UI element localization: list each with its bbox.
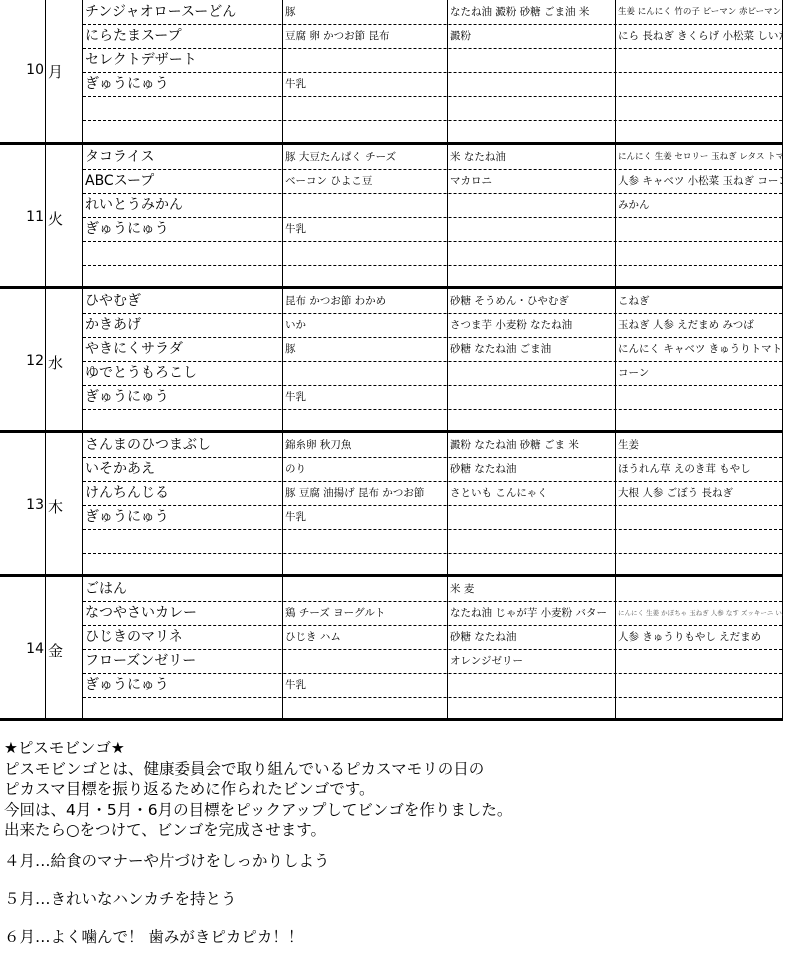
yellow-group-ingredients <box>450 73 615 96</box>
dish-name: けんちんじる <box>85 482 281 505</box>
dish-name <box>85 242 281 265</box>
green-group-ingredients: にんにく 生姜 かぼちゃ 玉ねぎ 人参 なす ズッキーニ いんげん <box>618 602 783 625</box>
red-group-ingredients: のり <box>285 458 447 481</box>
column-divider <box>45 0 46 142</box>
day-block: 10月チンジャオロースーどん豚なたね油 澱粉 砂糖 ごま油 米生姜 にんにく 竹… <box>0 0 783 145</box>
green-group-ingredients: ほうれん草 えのき茸 もやし <box>618 458 783 481</box>
red-group-ingredients <box>285 242 447 265</box>
menu-row: フローズンゼリーオレンジゼリー <box>83 650 782 674</box>
date-number: 11 <box>0 209 44 225</box>
yellow-group-ingredients <box>450 554 615 577</box>
dish-name: いそかあえ <box>85 458 281 481</box>
green-group-ingredients: 生姜 にんにく 竹の子 ピーマン 赤ピーマン <box>618 1 783 24</box>
green-group-ingredients <box>618 698 783 721</box>
dish-name: やきにくサラダ <box>85 338 281 361</box>
yellow-group-ingredients <box>450 242 615 265</box>
menu-row <box>83 97 782 121</box>
yellow-group-ingredients: マカロニ <box>450 170 615 193</box>
dish-name: ぎゅうにゅう <box>85 674 281 697</box>
green-group-ingredients <box>618 97 783 120</box>
dish-name: ぎゅうにゅう <box>85 73 281 96</box>
date-number: 12 <box>0 353 44 369</box>
menu-row: ABCスープベーコン ひよこ豆マカロニ人参 キャベツ 小松菜 玉ねぎ コーン <box>83 170 782 194</box>
red-group-ingredients <box>285 578 447 601</box>
menu-row <box>83 121 782 145</box>
red-group-ingredients <box>285 49 447 72</box>
red-group-ingredients: 昆布 かつお節 わかめ <box>285 290 447 313</box>
notes-line: ピカスマ目標を振り返るために作られたビンゴです。 <box>4 779 512 800</box>
dish-name: れいとうみかん <box>85 194 281 217</box>
dish-name <box>85 554 281 577</box>
menu-row: やきにくサラダ豚砂糖 なたね油 ごま油にんにく キャベツ きゅうりトマト <box>83 338 782 362</box>
yellow-group-ingredients: 澱粉 なたね油 砂糖 ごま 米 <box>450 434 615 457</box>
green-group-ingredients <box>618 554 783 577</box>
date-number: 10 <box>0 62 44 78</box>
menu-row: ひじきのマリネひじき ハム砂糖 なたね油人参 きゅうりもやし えだまめ <box>83 626 782 650</box>
dish-name <box>85 698 281 721</box>
menu-row: なつやさいカレー鶏 チーズ ヨーグルトなたね油 じゃが芋 小麦粉 バターにんにく… <box>83 602 782 626</box>
yellow-group-ingredients <box>450 410 615 433</box>
red-group-ingredients: 牛乳 <box>285 218 447 241</box>
yellow-group-ingredients: オレンジゼリー <box>450 650 615 673</box>
dish-name: にらたまスープ <box>85 25 281 48</box>
yellow-group-ingredients: 砂糖 なたね油 <box>450 626 615 649</box>
bingo-title: ★ピスモビンゴ★ <box>4 738 512 759</box>
menu-row: ごはん米 麦 <box>83 578 782 602</box>
red-group-ingredients: 豚 大豆たんぱく チーズ <box>285 146 447 169</box>
dish-name: さんまのひつまぶし <box>85 434 281 457</box>
red-group-ingredients: ひじき ハム <box>285 626 447 649</box>
green-group-ingredients <box>618 121 783 144</box>
red-group-ingredients <box>285 554 447 577</box>
dish-name: ひじきのマリネ <box>85 626 281 649</box>
yellow-group-ingredients: 砂糖 そうめん・ひやむぎ <box>450 290 615 313</box>
menu-row: ぎゅうにゅう牛乳 <box>83 386 782 410</box>
menu-row: ぎゅうにゅう牛乳 <box>83 674 782 698</box>
green-group-ingredients: 玉ねぎ 人参 えだまめ みつば <box>618 314 783 337</box>
yellow-group-ingredients: 米 なたね油 <box>450 146 615 169</box>
column-divider <box>45 145 46 286</box>
red-group-ingredients: 牛乳 <box>285 386 447 409</box>
dish-name: なつやさいカレー <box>85 602 281 625</box>
menu-row: チンジャオロースーどん豚なたね油 澱粉 砂糖 ごま油 米生姜 にんにく 竹の子 … <box>83 1 782 25</box>
yellow-group-ingredients <box>450 698 615 721</box>
red-group-ingredients <box>285 410 447 433</box>
yellow-group-ingredients <box>450 506 615 529</box>
dish-name <box>85 121 281 144</box>
yellow-group-ingredients <box>450 386 615 409</box>
red-group-ingredients <box>285 97 447 120</box>
menu-row: かきあげいかさつま芋 小麦粉 なたね油玉ねぎ 人参 えだまめ みつば <box>83 314 782 338</box>
yellow-group-ingredients <box>450 530 615 553</box>
notes-line: 今回は、4月・5月・6月の目標をピックアップしてビンゴを作りました。 <box>4 800 512 821</box>
yellow-group-ingredients: なたね油 澱粉 砂糖 ごま油 米 <box>450 1 615 24</box>
menu-row: れいとうみかんみかん <box>83 194 782 218</box>
yellow-group-ingredients <box>450 218 615 241</box>
red-group-ingredients: 豆腐 卵 かつお節 昆布 <box>285 25 447 48</box>
yellow-group-ingredients <box>450 362 615 385</box>
red-group-ingredients: いか <box>285 314 447 337</box>
yellow-group-ingredients <box>450 266 615 289</box>
monthly-goals: ４月…給食のマナーや片づけをしっかりしよう ５月…きれいなハンカチを持とう ６月… <box>4 851 330 965</box>
yellow-group-ingredients: 米 麦 <box>450 578 615 601</box>
bingo-notes: ★ピスモビンゴ★ ピスモビンゴとは、健康委員会で取り組んでいるピカスマモリの日の… <box>4 738 512 841</box>
day-block: 11火タコライス豚 大豆たんぱく チーズ米 なたね油にんにく 生姜 セロリー 玉… <box>0 145 783 289</box>
yellow-group-ingredients: 砂糖 なたね油 <box>450 458 615 481</box>
green-group-ingredients <box>618 218 783 241</box>
menu-row <box>83 242 782 266</box>
dish-name: ひやむぎ <box>85 290 281 313</box>
red-group-ingredients: 牛乳 <box>285 674 447 697</box>
green-group-ingredients: にら 長ねぎ きくらげ 小松菜 しいたけ <box>618 25 783 48</box>
red-group-ingredients: 錦糸卵 秋刀魚 <box>285 434 447 457</box>
dish-name: フローズンゼリー <box>85 650 281 673</box>
dish-name: ごはん <box>85 578 281 601</box>
dish-name: タコライス <box>85 146 281 169</box>
notes-line: 出来たら○をつけて、ビンゴを完成させます。 <box>4 820 512 841</box>
menu-row: にらたまスープ豆腐 卵 かつお節 昆布澱粉にら 長ねぎ きくらげ 小松菜 しいた… <box>83 25 782 49</box>
goal-april: ４月…給食のマナーや片づけをしっかりしよう <box>4 851 330 871</box>
day-block: 14金ごはん米 麦なつやさいカレー鶏 チーズ ヨーグルトなたね油 じゃが芋 小麦… <box>0 577 783 721</box>
green-group-ingredients: コーン <box>618 362 783 385</box>
yellow-group-ingredients <box>450 49 615 72</box>
green-group-ingredients <box>618 674 783 697</box>
day-block: 13木さんまのひつまぶし錦糸卵 秋刀魚澱粉 なたね油 砂糖 ごま 米生姜いそかあ… <box>0 433 783 577</box>
dish-name <box>85 410 281 433</box>
green-group-ingredients: 人参 きゅうりもやし えだまめ <box>618 626 783 649</box>
menu-row: いそかあえのり砂糖 なたね油ほうれん草 えのき茸 もやし <box>83 458 782 482</box>
red-group-ingredients <box>285 194 447 217</box>
red-group-ingredients <box>285 121 447 144</box>
menu-row: さんまのひつまぶし錦糸卵 秋刀魚澱粉 なたね油 砂糖 ごま 米生姜 <box>83 434 782 458</box>
red-group-ingredients: 豚 豆腐 油揚げ 昆布 かつお節 <box>285 482 447 505</box>
green-group-ingredients <box>618 386 783 409</box>
red-group-ingredients <box>285 530 447 553</box>
day-block: 12水ひやむぎ昆布 かつお節 わかめ砂糖 そうめん・ひやむぎこねぎかきあげいかさ… <box>0 289 783 433</box>
menu-row: タコライス豚 大豆たんぱく チーズ米 なたね油にんにく 生姜 セロリー 玉ねぎ … <box>83 146 782 170</box>
menu-row <box>83 554 782 578</box>
yellow-group-ingredients: 澱粉 <box>450 25 615 48</box>
column-divider <box>45 433 46 574</box>
red-group-ingredients: ベーコン ひよこ豆 <box>285 170 447 193</box>
yellow-group-ingredients <box>450 97 615 120</box>
green-group-ingredients <box>618 49 783 72</box>
red-group-ingredients <box>285 362 447 385</box>
yellow-group-ingredients <box>450 194 615 217</box>
dish-name: ぎゅうにゅう <box>85 386 281 409</box>
red-group-ingredients: 牛乳 <box>285 73 447 96</box>
menu-row: ぎゅうにゅう牛乳 <box>83 506 782 530</box>
menu-row: ひやむぎ昆布 かつお節 わかめ砂糖 そうめん・ひやむぎこねぎ <box>83 290 782 314</box>
red-group-ingredients <box>285 266 447 289</box>
menu-row: ぎゅうにゅう牛乳 <box>83 218 782 242</box>
date-number: 14 <box>0 641 44 657</box>
menu-row: ゆでとうもろこしコーン <box>83 362 782 386</box>
green-group-ingredients: みかん <box>618 194 783 217</box>
red-group-ingredients: 豚 <box>285 338 447 361</box>
dish-name: ぎゅうにゅう <box>85 506 281 529</box>
green-group-ingredients: 生姜 <box>618 434 783 457</box>
yellow-group-ingredients <box>450 674 615 697</box>
green-group-ingredients <box>618 650 783 673</box>
menu-row: けんちんじる豚 豆腐 油揚げ 昆布 かつお節さといも こんにゃく大根 人参 ごぼ… <box>83 482 782 506</box>
weekday: 木 <box>48 496 63 517</box>
dish-name: セレクトデザート <box>85 49 281 72</box>
green-group-ingredients <box>618 73 783 96</box>
green-group-ingredients <box>618 410 783 433</box>
weekday: 火 <box>48 208 63 229</box>
green-group-ingredients: にんにく キャベツ きゅうりトマト <box>618 338 783 361</box>
green-group-ingredients: にんにく 生姜 セロリー 玉ねぎ レタス トマト <box>618 146 783 169</box>
menu-row: セレクトデザート <box>83 49 782 73</box>
menu-row <box>83 410 782 434</box>
dish-name <box>85 97 281 120</box>
red-group-ingredients: 牛乳 <box>285 506 447 529</box>
weekday: 金 <box>48 640 63 661</box>
yellow-group-ingredients: さといも こんにゃく <box>450 482 615 505</box>
yellow-group-ingredients: 砂糖 なたね油 ごま油 <box>450 338 615 361</box>
dish-name: かきあげ <box>85 314 281 337</box>
green-group-ingredients: こねぎ <box>618 290 783 313</box>
dish-name <box>85 530 281 553</box>
green-group-ingredients <box>618 530 783 553</box>
green-group-ingredients <box>618 578 783 601</box>
dish-name: ゆでとうもろこし <box>85 362 281 385</box>
yellow-group-ingredients: なたね油 じゃが芋 小麦粉 バター <box>450 602 615 625</box>
red-group-ingredients: 豚 <box>285 1 447 24</box>
column-divider <box>45 577 46 718</box>
notes-line: ピスモビンゴとは、健康委員会で取り組んでいるピカスマモリの日の <box>4 759 512 780</box>
green-group-ingredients <box>618 242 783 265</box>
menu-row <box>83 530 782 554</box>
menu-row: ぎゅうにゅう牛乳 <box>83 73 782 97</box>
weekday: 水 <box>48 352 63 373</box>
menu-row <box>83 698 782 722</box>
dish-name: ぎゅうにゅう <box>85 218 281 241</box>
green-group-ingredients: 大根 人参 ごぼう 長ねぎ <box>618 482 783 505</box>
weekday: 月 <box>48 61 63 82</box>
column-divider <box>45 289 46 430</box>
red-group-ingredients <box>285 650 447 673</box>
lunch-menu-table: 10月チンジャオロースーどん豚なたね油 澱粉 砂糖 ごま油 米生姜 にんにく 竹… <box>0 0 783 721</box>
green-group-ingredients <box>618 266 783 289</box>
yellow-group-ingredients: さつま芋 小麦粉 なたね油 <box>450 314 615 337</box>
yellow-group-ingredients <box>450 121 615 144</box>
date-number: 13 <box>0 497 44 513</box>
goal-june: ６月…よく噛んで！ 歯みがきピカピカ！！ <box>4 927 330 947</box>
menu-row <box>83 266 782 290</box>
green-group-ingredients <box>618 506 783 529</box>
green-group-ingredients: 人参 キャベツ 小松菜 玉ねぎ コーン <box>618 170 783 193</box>
red-group-ingredients <box>285 698 447 721</box>
goal-may: ５月…きれいなハンカチを持とう <box>4 889 330 909</box>
red-group-ingredients: 鶏 チーズ ヨーグルト <box>285 602 447 625</box>
dish-name <box>85 266 281 289</box>
dish-name: ABCスープ <box>85 170 281 193</box>
dish-name: チンジャオロースーどん <box>85 1 281 24</box>
